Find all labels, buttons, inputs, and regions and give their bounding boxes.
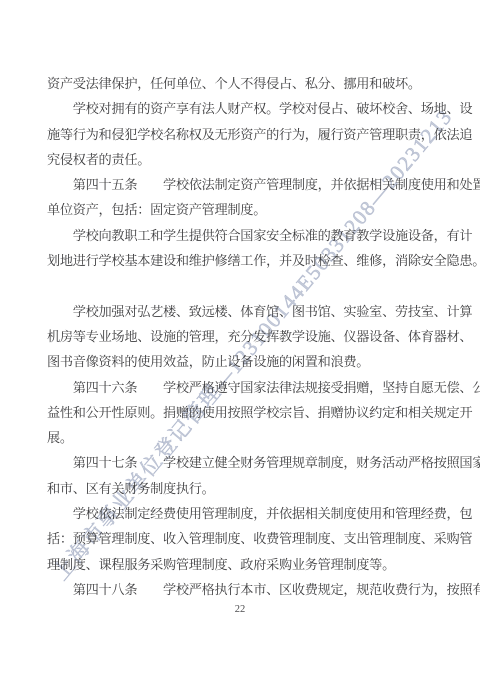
text-line: 单位资产，包括：固定资产管理制度。 — [47, 197, 438, 222]
text-line: 学校向教职工和学生提供符合国家安全标准的教育教学设施设备，有计 — [47, 223, 438, 248]
text-line: 理制度、课程服务采购管理制度、政府采购业务管理制度等。 — [47, 552, 438, 577]
text-line: 第四十八条 学校严格执行本市、区收费规定，规范收费行为，按照有 — [47, 577, 438, 602]
text-line: 第四十七条 学校建立健全财务管理规章制度，财务活动严格按照国家 — [47, 450, 438, 475]
text-line: 资产受法律保护，任何单位、个人不得侵占、私分、挪用和破坏。 — [47, 71, 438, 96]
text-line: 益性和公开性原则。捐赠的使用按照学校宗旨、捐赠协议约定和相关规定开 — [47, 400, 438, 425]
text-line: 学校对拥有的资产享有法人财产权。学校对侵占、破坏校舍、场地、设 — [47, 96, 438, 121]
page-number: 22 — [0, 604, 480, 615]
text-line: 机房等专业场地、设施的管理，充分发挥教学设施、仪器设备、体育器材、 — [47, 324, 438, 349]
text-line: 第四十六条 学校严格遵守国家法律法规接受捐赠，坚持自愿无偿、公 — [47, 375, 438, 400]
blank-line — [47, 273, 438, 298]
document-page: 上海市事业单位登记管理—123100144E50331208—20231213 … — [0, 0, 480, 679]
text-line: 学校加强对弘艺楼、致远楼、体育馆、图书馆、实验室、劳技室、计算 — [47, 299, 438, 324]
text-line: 图书音像资料的使用效益，防止设备设施的闲置和浪费。 — [47, 349, 438, 374]
text-line: 和市、区有关财务制度执行。 — [47, 476, 438, 501]
text-line: 划地进行学校基本建设和维护修缮工作，并及时检查、维修，消除安全隐患。 — [47, 248, 438, 273]
document-body: 资产受法律保护，任何单位、个人不得侵占、私分、挪用和破坏。 学校对拥有的资产享有… — [47, 71, 438, 602]
text-line: 括：预算管理制度、收入管理制度、收费管理制度、支出管理制度、采购管 — [47, 526, 438, 551]
text-line: 学校依法制定经费使用管理制度，并依据相关制度使用和管理经费，包 — [47, 501, 438, 526]
text-line: 究侵权者的责任。 — [47, 147, 438, 172]
text-line: 展。 — [47, 425, 438, 450]
text-line: 施等行为和侵犯学校名称权及无形资产的行为，履行资产管理职责，依法追 — [47, 122, 438, 147]
text-line: 第四十五条 学校依法制定资产管理制度，并依据相关制度使用和处置 — [47, 172, 438, 197]
